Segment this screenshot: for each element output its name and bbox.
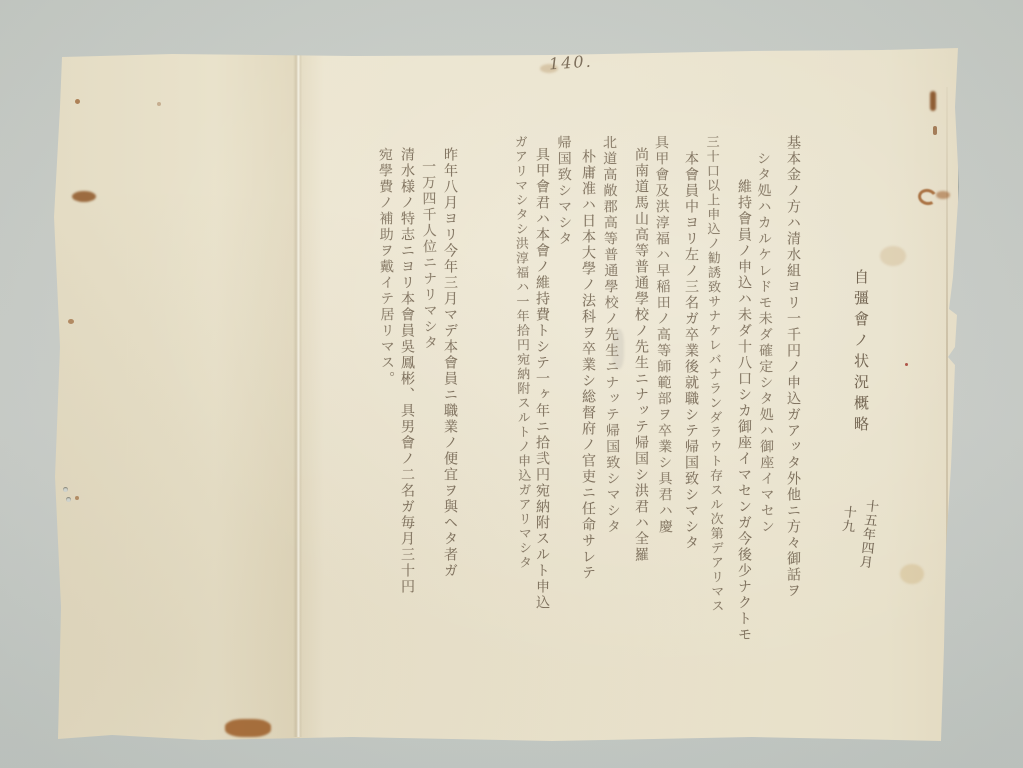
page-number: 140.	[548, 52, 593, 74]
red-speck	[905, 363, 908, 366]
rust-dot	[68, 319, 74, 324]
scan-background: 140. 自彊會ノ状況概略 十五年四月 十九 基本金ノ方ハ清水組ヨリ一千円ノ申込…	[0, 0, 1023, 768]
text-column-r2: シタ処ハカルケレドモ未ダ確定シタ処ハ御座イマセン	[752, 151, 778, 535]
text-column-r10: 帰国致シマシタ	[552, 135, 575, 247]
staple-rust-mark	[933, 126, 937, 135]
text-column-r5: 本會員中ヨリ左ノ三名ガ卒業後就職シテ帰国致シマシタ	[680, 151, 702, 551]
rust-dot	[75, 496, 79, 500]
rust-stain	[72, 191, 96, 202]
text-column-l4: 宛學費ノ補助ヲ戴イテ居リマス。	[374, 147, 399, 387]
text-column-r3: 維持會員ノ申込ハ未ダ十八口シカ御座イマセンガ今後少ナクトモ	[733, 179, 755, 643]
rust-dot	[157, 102, 161, 106]
text-column-r7: 尚南道馬山高等普通學校ノ先生ニナッテ帰国シ洪君ハ全羅	[630, 147, 652, 563]
faint-stain	[880, 246, 906, 266]
rust-stain-bottom	[225, 719, 271, 737]
text-column-r1: 基本金ノ方ハ清水組ヨリ一千円ノ申込ガアッタ外他ニ方々御話ヲ	[782, 135, 804, 599]
date-annotation-line2: 十九	[835, 504, 860, 534]
center-fold-crease	[293, 53, 302, 737]
rust-smudge	[936, 191, 950, 199]
staple-rust-mark	[930, 91, 936, 111]
text-column-r11: 具甲會君ハ本會ノ維持費トシテ一ヶ年ニ拾弐円宛納附スルト申込	[531, 147, 553, 611]
document-title: 自彊會ノ状況概略	[850, 269, 872, 437]
text-column-l2: 一万四千人位ニナリマシタ	[417, 159, 441, 351]
text-column-r12: ガアリマシタシ洪淳福ハ一年拾円宛納附スルトノ申込ガアリマシタ	[508, 135, 535, 570]
faint-stain	[900, 564, 924, 584]
text-column-l1: 昨年八月ヨリ今年三月マデ本會員ニ職業ノ便宜ヲ與ヘタ者ガ	[439, 147, 461, 579]
text-column-r6: 具甲會及洪淳福ハ早稲田ノ高等師範部ヲ卒業シ具君ハ慶	[650, 135, 676, 535]
text-column-r4: 三十口以上申込ノ勧誘致サナケレバナランダラウト存スル次第デアリマス	[699, 135, 726, 614]
pin-hole	[66, 497, 71, 502]
right-edge-crease	[946, 87, 948, 737]
document-paper: 140. 自彊會ノ状況概略 十五年四月 十九 基本金ノ方ハ清水組ヨリ一千円ノ申込…	[52, 47, 958, 742]
staple-rust-mark	[917, 187, 939, 207]
pin-hole	[63, 487, 68, 492]
text-column-l3: 清水様ノ特志ニヨリ本會員吳鳳彬、具男會ノ二名ガ毎月三十円	[396, 147, 418, 595]
text-column-r9: 朴庸准ハ日本大學ノ法科ヲ卒業シ総督府ノ官吏ニ任命サレテ	[577, 149, 599, 581]
rust-dot	[75, 99, 80, 104]
text-column-r8: 北道高敞郡高等普通學校ノ先生ニナッテ帰国致シマシタ	[598, 135, 624, 535]
